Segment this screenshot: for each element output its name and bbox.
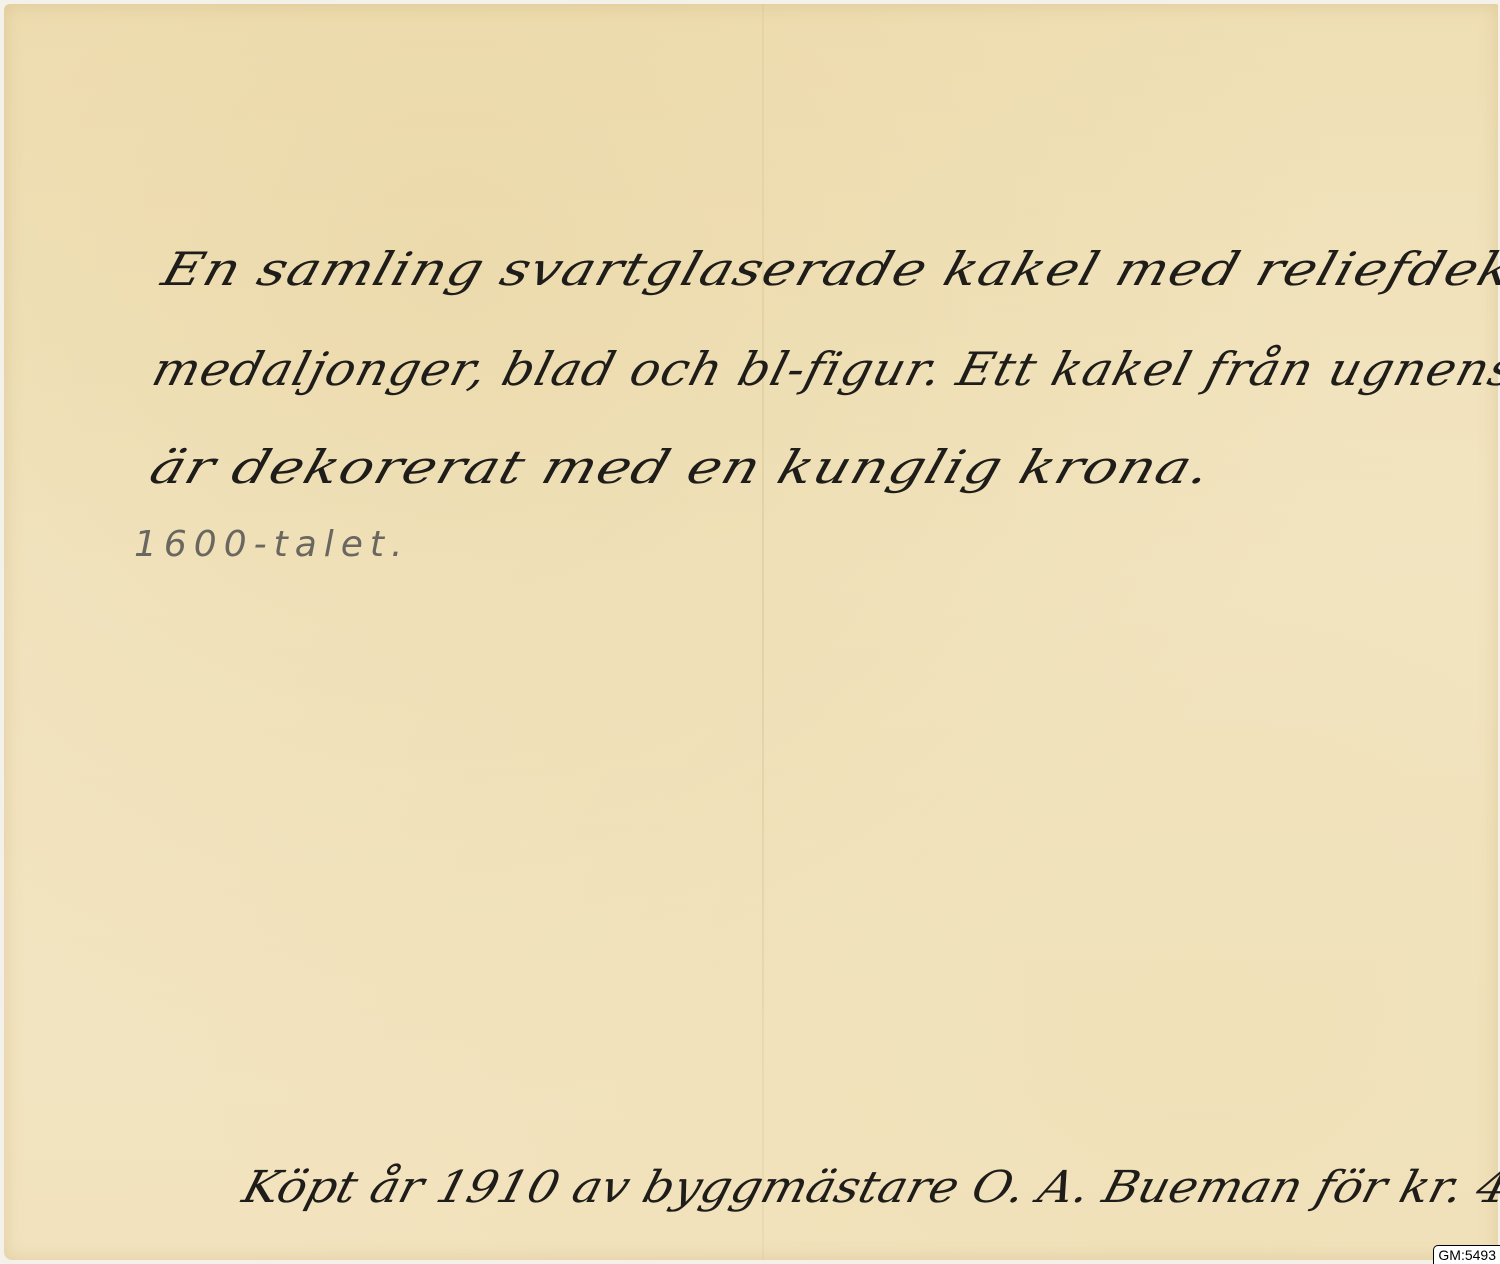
description-line-3: är dekorerat med en kunglig krona. [144, 440, 1219, 494]
inventory-number-label: GM:5493 [1433, 1245, 1500, 1264]
paper-sheet: En samling svartglaserade kakel med reli… [4, 4, 1498, 1260]
description-line-1: En samling svartglaserade kakel med reli… [156, 242, 1500, 296]
dating-note: 1600-talet. [134, 524, 410, 565]
paper-fold-line [762, 4, 764, 1260]
description-line-2: medaljonger, blad och bl-figur. Ett kake… [147, 342, 1500, 396]
acquisition-note: Köpt år 1910 av byggmästare O. A. Bueman… [237, 1162, 1500, 1213]
